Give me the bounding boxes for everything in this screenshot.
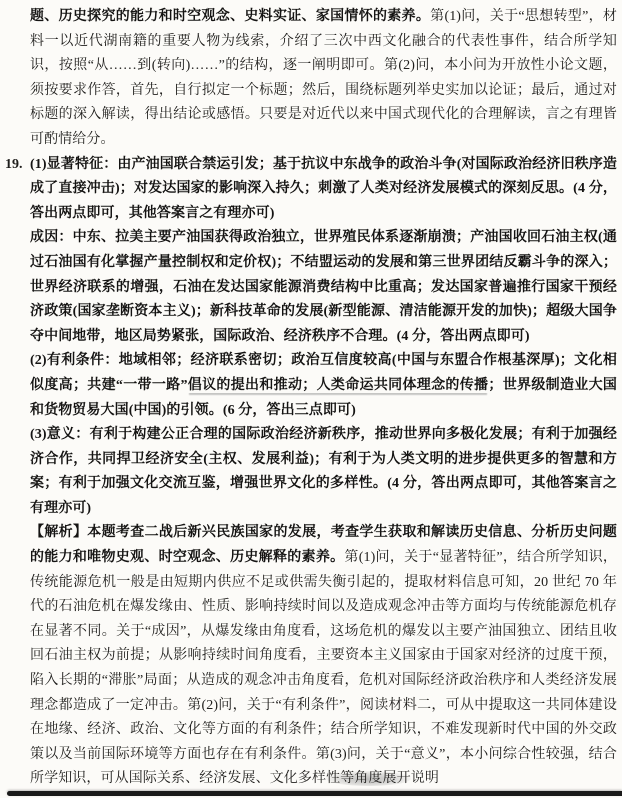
analysis-bold-lead-q18: 题、历史探究的能力和时空观念、史料实证、家国情怀的素养。	[30, 9, 430, 24]
answer-part-1-causes: 成因：中东、拉美主要产油国获得政治独立，世界殖民体系逐渐崩溃；产油国收回石油主权…	[30, 226, 617, 349]
pencil-underline-mark: 倡议的提出和推动；人类命运共同体理念的传播	[188, 378, 489, 393]
analysis-tail-q19: 说明	[411, 771, 439, 786]
scan-smudge-overlay: 性等角度展开	[326, 771, 411, 786]
answer-part-1-features: (1)显著特征：由产油国联合禁运引发；基于抗议中东战争的政治斗争(对国际政治经济…	[30, 153, 617, 227]
answer-part-3-significance: (3)意义：有利于构建公正合理的国际政治经济新秩序，推动世界向多极化发展；有利于…	[30, 423, 617, 521]
analysis-body-q18: 第(1)问，关于“思想转型”，材料一以近代湖南籍的重要人物为线索，介绍了三次中西…	[30, 9, 617, 147]
analysis-body-q19: 第(1)问，关于“显著特征”，结合所学知识，传统能源危机一般是由短期内供应不足或…	[30, 550, 617, 786]
answer-part-2-conditions: (2)有利条件：地域相邻；经济联系密切；政治互信度较高(中国与东盟合作根基深厚)…	[30, 349, 617, 423]
question-19-block: 19. (1)显著特征：由产油国联合禁运引发；基于抗议中东战争的政治斗争(对国际…	[30, 153, 617, 792]
answer-key-page: 题、历史探究的能力和时空观念、史料实证、家国情怀的素养。第(1)问，关于“思想转…	[0, 0, 622, 798]
question-19-number: 19.	[5, 153, 23, 178]
analysis-paragraph-q19: 【解析】本题考查二战后新兴民族国家的发展，考查学生获取和解读历史信息、分析历史问…	[30, 521, 617, 792]
page-bottom-edge-line	[7, 791, 622, 796]
paragraph-question18-analysis-continuation: 题、历史探究的能力和时空观念、史料实证、家国情怀的素养。第(1)问，关于“思想转…	[30, 5, 617, 153]
